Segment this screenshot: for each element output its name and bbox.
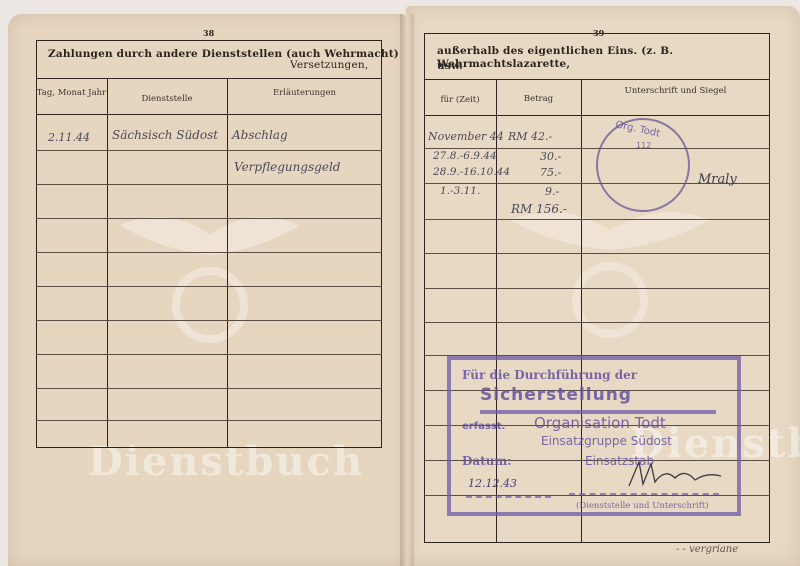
left-col-date: Tag, Monat Jahr <box>36 88 107 98</box>
right-row-line <box>424 322 770 323</box>
stamp-signature-line <box>569 493 719 495</box>
right-row1-amount: RM 42.- <box>508 130 552 143</box>
stamp-line1: Für die Durchführung der <box>462 368 637 382</box>
left-row-line <box>36 354 382 355</box>
left-col-office: Dienststelle <box>107 94 227 104</box>
stamp-line4: Einsatzgruppe Südost <box>541 434 672 448</box>
right-col-signature: Unterschrift und Siegel <box>581 86 770 96</box>
book-gutter <box>400 14 414 566</box>
left-col-divider-2 <box>227 78 228 448</box>
left-row1-note: Abschlag <box>232 128 288 142</box>
left-row-line <box>36 320 382 321</box>
right-total-amount: RM 156.- <box>511 202 567 216</box>
left-row1-office: Sächsisch Südost <box>112 128 218 142</box>
stamp-date-line <box>466 496 551 498</box>
right-header-divider <box>424 115 770 116</box>
left-row1-date: 2.11.44 <box>48 131 90 144</box>
stamp-line3-prefix: erfasst. <box>462 421 505 432</box>
right-title-line2: usw. <box>437 60 463 73</box>
left-col-notes: Erläuterungen <box>227 88 382 98</box>
right-row-line <box>424 148 770 149</box>
stamp-line2: Sicherstellung <box>480 385 632 405</box>
right-row3-amount: 75.- <box>540 166 561 179</box>
left-title-divider <box>36 78 382 79</box>
stamp-footer: (Dienststelle und Unterschrift) <box>576 501 709 511</box>
left-row-line <box>36 252 382 253</box>
stamp-line3: Organisation Todt <box>534 414 666 432</box>
right-col-period: für (Zeit) <box>424 95 496 105</box>
right-row-line <box>424 253 770 254</box>
left-row-line <box>36 420 382 421</box>
right-row2-amount: 30.- <box>540 150 561 163</box>
stamp-date-value: 12.12.43 <box>468 477 517 490</box>
right-row-line <box>424 288 770 289</box>
right-col-amount: Betrag <box>496 94 581 104</box>
right-row3-period: 28.9.-16.10.44 <box>433 166 510 178</box>
left-row-line <box>36 286 382 287</box>
left-title-line2: Versetzungen, <box>290 59 368 72</box>
margin-note: - - vergriane <box>676 544 738 555</box>
right-signature: Mraly <box>698 172 737 187</box>
left-col-divider-1 <box>107 78 108 448</box>
round-stamp-number: 112 <box>636 141 651 150</box>
right-title-divider <box>424 79 770 80</box>
left-row-line <box>36 388 382 389</box>
right-row1-period: November 44 <box>428 130 504 143</box>
right-row4-period: 1.-3.11. <box>440 185 480 197</box>
left-row-line <box>36 150 382 151</box>
stamp-date-label: Datum: <box>462 454 512 468</box>
left-row-line <box>36 218 382 219</box>
right-title-line1: außerhalb des eigentlichen Eins. (z. B. … <box>437 45 800 71</box>
left-row2-note: Verpflegungsgeld <box>234 160 340 174</box>
right-row2-period: 27.8.-6.9.44 <box>433 150 497 162</box>
left-header-divider <box>36 114 382 115</box>
right-row-line <box>424 219 770 220</box>
right-row4-amount: 9.- <box>545 185 559 198</box>
stamp-signature-scrawl <box>625 458 725 492</box>
page-number-left: 38 <box>203 28 214 38</box>
left-row-line <box>36 184 382 185</box>
